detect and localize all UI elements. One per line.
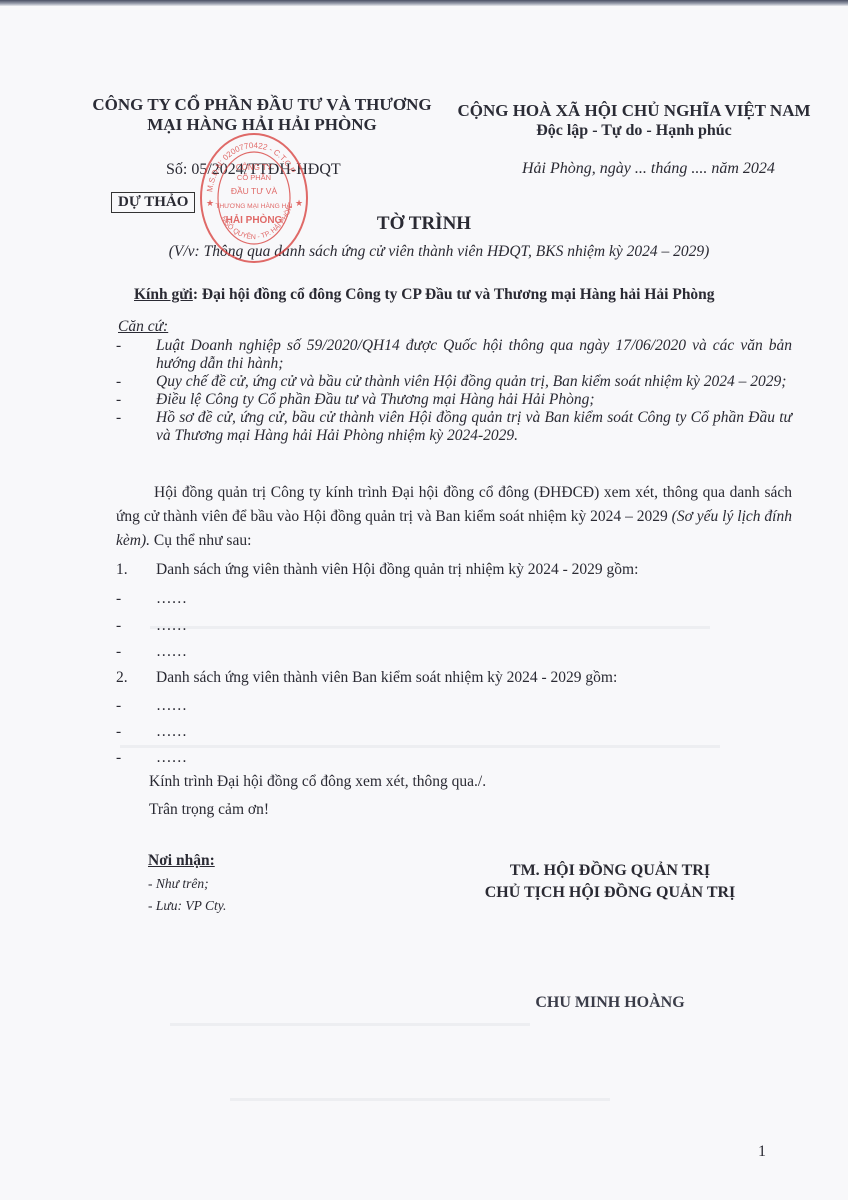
board-candidate-entry: -…… (116, 643, 187, 661)
draft-badge: DỰ THẢO (111, 192, 195, 213)
board-candidate-entry: -…… (116, 617, 187, 635)
nation-motto-line1: CỘNG HOÀ XÃ HỘI CHỦ NGHĨA VIỆT NAM (450, 101, 818, 121)
supervisory-candidate-entry: -…… (116, 723, 187, 741)
basis-label: Căn cứ: (118, 318, 168, 336)
bleed-through (170, 1023, 530, 1026)
organization-header: CÔNG TY CỔ PHẦN ĐẦU TƯ VÀ THƯƠNG MẠI HÀN… (80, 95, 444, 135)
supervisory-candidate-entry: -…… (116, 697, 187, 715)
svg-text:THƯƠNG MẠI HÀNG HẢI: THƯƠNG MẠI HÀNG HẢI (215, 201, 292, 210)
org-name-line2: MẠI HÀNG HẢI HẢI PHÒNG (80, 115, 444, 135)
addressee-label: Kính gửi (134, 286, 193, 303)
closing-request: Kính trình Đại hội đồng cổ đông xem xét,… (149, 773, 486, 791)
bleed-through (120, 745, 720, 748)
basis-item: -Luật Doanh nghiệp số 59/2020/QH14 được … (116, 337, 792, 373)
org-name-line1: CÔNG TY CỔ PHẦN ĐẦU TƯ VÀ THƯƠNG (80, 95, 444, 115)
bleed-through (150, 626, 710, 629)
svg-text:ĐẦU TƯ VÀ: ĐẦU TƯ VÀ (231, 186, 278, 196)
section-1-heading: 1.Danh sách ứng viên thành viên Hội đồng… (116, 561, 638, 579)
recipient-item: - Lưu: VP Cty. (148, 898, 226, 914)
closing-thanks: Trân trọng cảm ơn! (149, 801, 269, 819)
place-date: Hải Phòng, ngày ... tháng .... năm 2024 (522, 160, 775, 178)
national-header: CỘNG HOÀ XÃ HỘI CHỦ NGHĨA VIỆT NAM Độc l… (450, 101, 818, 141)
addressee-text: : Đại hội đồng cổ đông Công ty CP Đầu tư… (193, 286, 715, 303)
addressee: Kính gửi: Đại hội đồng cổ đông Công ty C… (134, 286, 715, 304)
document-subject: (V/v: Thông qua danh sách ứng cử viên th… (0, 243, 848, 261)
intro-paragraph: Hội đồng quản trị Công ty kính trình Đại… (116, 481, 792, 553)
supervisory-candidate-entry: -…… (116, 749, 187, 767)
basis-list: -Luật Doanh nghiệp số 59/2020/QH14 được … (116, 337, 792, 445)
signer-name: CHU MINH HOÀNG (450, 994, 770, 1012)
signature-block: TM. HỘI ĐỒNG QUẢN TRỊ CHỦ TỊCH HỘI ĐỒNG … (450, 860, 770, 904)
bleed-through (230, 1098, 610, 1101)
scan-edge (0, 0, 848, 6)
page-number: 1 (758, 1143, 766, 1161)
basis-item: -Hồ sơ đề cử, ứng cử, bầu cử thành viên … (116, 409, 792, 445)
board-candidate-entry: -…… (116, 590, 187, 608)
signature-title-1: TM. HỘI ĐỒNG QUẢN TRỊ (450, 860, 770, 882)
document-number: Số: 05/2024/TTĐH-HĐQT (166, 161, 341, 179)
basis-item: -Quy chế đề cử, ứng cử và bầu cử thành v… (116, 373, 792, 391)
svg-text:★: ★ (206, 198, 214, 208)
signature-title-2: CHỦ TỊCH HỘI ĐỒNG QUẢN TRỊ (450, 882, 770, 904)
recipient-item: - Như trên; (148, 876, 209, 892)
svg-text:★: ★ (295, 198, 303, 208)
document-title: TỜ TRÌNH (0, 213, 848, 235)
section-2-heading: 2.Danh sách ứng viên thành viên Ban kiểm… (116, 669, 617, 687)
recipients-label: Nơi nhận: (148, 852, 215, 870)
basis-item: -Điều lệ Công ty Cổ phần Đầu tư và Thươn… (116, 391, 792, 409)
nation-motto-line2: Độc lập - Tự do - Hạnh phúc (450, 121, 818, 141)
